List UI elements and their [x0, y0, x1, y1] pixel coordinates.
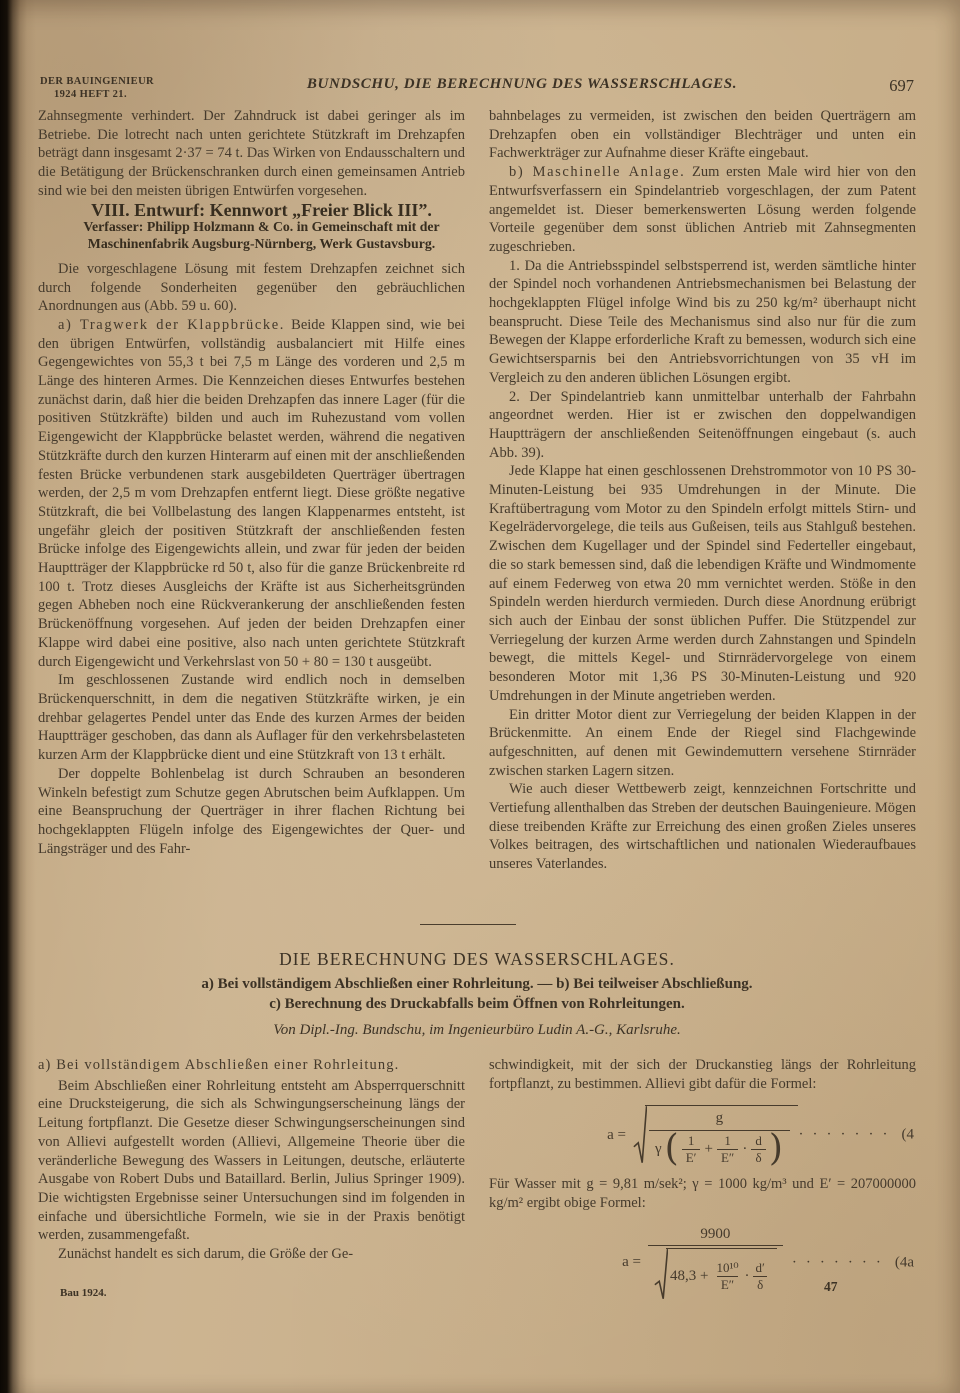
paragraph: Die vorgeschlagene Lösung mit festem Dre…: [38, 260, 465, 316]
formula-4: a = g γ ( 1E′ + 1E″ ·: [489, 1105, 916, 1165]
article-divider-rule: [420, 924, 516, 925]
article2-author-byline: Von Dipl.-Ing. Bundschu, im Ingenieurbür…: [38, 1022, 916, 1039]
times-operator: ·: [743, 1267, 752, 1286]
journal-page: DER BAUINGENIEUR 1924 HEFT 21. BUNDSCHU,…: [0, 0, 960, 1393]
paragraph: Beim Abschließen einer Rohrleitung entst…: [38, 1077, 465, 1245]
radicand: 48,3 + 10¹⁰E″ · d′δ: [666, 1248, 777, 1301]
sub-fraction: 10¹⁰E″: [712, 1261, 742, 1292]
paragraph: Für Wasser mit g = 9,81 m/sek²; γ = 1000…: [489, 1175, 916, 1212]
times-operator: ·: [740, 1140, 749, 1159]
gamma-symbol: γ: [655, 1140, 662, 1159]
page-number-bottom: 47: [824, 1279, 838, 1295]
paragraph: Wie auch dieser Wettbewerb zeigt, kennze…: [489, 780, 916, 874]
paragraph: bahnbelages zu vermeiden, ist zwischen d…: [489, 107, 916, 163]
paragraph: b) Maschinelle Anlage. Zum ersten Male w…: [489, 163, 916, 257]
formula-lhs: a =: [607, 1126, 626, 1145]
paragraph-lead: b) Maschinelle Anlage.: [509, 164, 685, 180]
main-fraction: g γ ( 1E′ + 1E″ · dδ ): [649, 1109, 790, 1165]
sub-fraction: 1E″: [717, 1134, 738, 1165]
dot-leader: ·······: [792, 1253, 890, 1272]
paragraph: 2. Der Spindelantrieb kann unmittelbar u…: [489, 388, 916, 463]
section-heading-entwurf-viii: VIII. Entwurf: Kennwort „Freier Blick II…: [38, 201, 465, 220]
paragraph: Jede Klappe hat einen geschlossenen Dreh…: [489, 462, 916, 705]
journal-masthead: DER BAUINGENIEUR 1924 HEFT 21.: [40, 76, 200, 101]
footer-imprint: Bau 1924.: [60, 1287, 106, 1299]
dot-leader: ·······: [799, 1126, 897, 1145]
page-header: DER BAUINGENIEUR 1924 HEFT 21. BUNDSCHU,…: [40, 76, 914, 101]
sub-fraction: d′δ: [752, 1261, 769, 1292]
paragraph: Zunächst handelt es sich darum, die Größ…: [38, 1245, 465, 1264]
paragraph: schwindigkeit, mit der sich der Druckans…: [489, 1056, 916, 1093]
constant-term: 48,3 +: [670, 1267, 708, 1286]
right-paren: ): [768, 1133, 784, 1165]
main-fraction: 9900 48,3 + 10¹⁰E″ · d′δ: [648, 1225, 783, 1301]
paragraph: a) Tragwerk der Klappbrücke. Beide Klapp…: [38, 316, 465, 671]
article2-left-column: a) Bei vollständigem Abschließen einer R…: [38, 1056, 465, 1311]
fraction-numerator: 9900: [694, 1225, 736, 1246]
paragraph-lead: a) Tragwerk der Klappbrücke.: [58, 317, 285, 333]
article2-right-column: schwindigkeit, mit der sich der Druckans…: [489, 1056, 916, 1311]
article2-subtitle-c: c) Berechnung des Druckabfalls beim Öffn…: [38, 996, 916, 1013]
article1-left-column: Zahnsegmente verhindert. Der Zahndruck i…: [38, 107, 465, 874]
article2-title: DIE BERECHNUNG DES WASSERSCHLAGES.: [38, 949, 916, 970]
running-title: BUNDSCHU, DIE BERECHNUNG DES WASSERSCHLA…: [200, 76, 844, 93]
formula-reference: ·······(4: [799, 1126, 914, 1145]
article1-columns: Zahnsegmente verhindert. Der Zahndruck i…: [38, 107, 916, 874]
formula-reference: ·······(4a: [792, 1253, 914, 1272]
formula-lhs: a =: [622, 1253, 641, 1272]
journal-issue: 1924 HEFT 21.: [40, 89, 200, 102]
paragraph: 1. Da die Antriebsspindel selbstsperrend…: [489, 257, 916, 388]
verfasser-line2: Maschinenfabrik Augsburg-Nürnberg, Werk …: [38, 236, 465, 253]
binding-edge-shadow: [0, 0, 36, 1393]
square-root: g γ ( 1E′ + 1E″ · dδ ): [633, 1105, 798, 1165]
formula-4a: a = 9900 48,3 + 10¹⁰E″ · d′δ: [489, 1225, 916, 1301]
paragraph: Der doppelte Bohlenbelag ist durch Schra…: [38, 765, 465, 859]
equation-number: (4: [902, 1126, 915, 1145]
article2-title-block: DIE BERECHNUNG DES WASSERSCHLAGES. a) Be…: [38, 949, 916, 1039]
paragraph: Im geschlossenen Zustande wird endlich n…: [38, 671, 465, 765]
article2-columns: a) Bei vollständigem Abschließen einer R…: [38, 1056, 916, 1311]
equation-number: (4a: [895, 1253, 914, 1272]
page-number-top: 697: [844, 76, 914, 96]
fraction-denominator: γ ( 1E′ + 1E″ · dδ ): [649, 1130, 790, 1165]
paragraph: Ein dritter Motor dient zur Verriegelung…: [489, 706, 916, 781]
sub-fraction: dδ: [751, 1134, 766, 1165]
fraction-denominator: 48,3 + 10¹⁰E″ · d′δ: [648, 1245, 783, 1301]
article1-right-column: bahnbelages zu vermeiden, ist zwischen d…: [489, 107, 916, 874]
verfasser-line1: Verfasser: Philipp Holzmann & Co. in Gem…: [38, 219, 465, 236]
sub-fraction: 1E′: [682, 1134, 701, 1165]
journal-name: DER BAUINGENIEUR: [40, 76, 200, 89]
plus-operator: +: [702, 1140, 714, 1159]
fraction-numerator: g: [710, 1109, 730, 1130]
left-paren: (: [664, 1133, 680, 1165]
square-root: 48,3 + 10¹⁰E″ · d′δ: [654, 1248, 777, 1301]
section-heading-a: a) Bei vollständigem Abschließen einer R…: [38, 1056, 465, 1075]
article2-subtitle-ab: a) Bei vollständigem Abschließen einer R…: [38, 976, 916, 993]
radicand: g γ ( 1E′ + 1E″ · dδ ): [645, 1105, 798, 1165]
paragraph: Zahnsegmente verhindert. Der Zahndruck i…: [38, 107, 465, 201]
